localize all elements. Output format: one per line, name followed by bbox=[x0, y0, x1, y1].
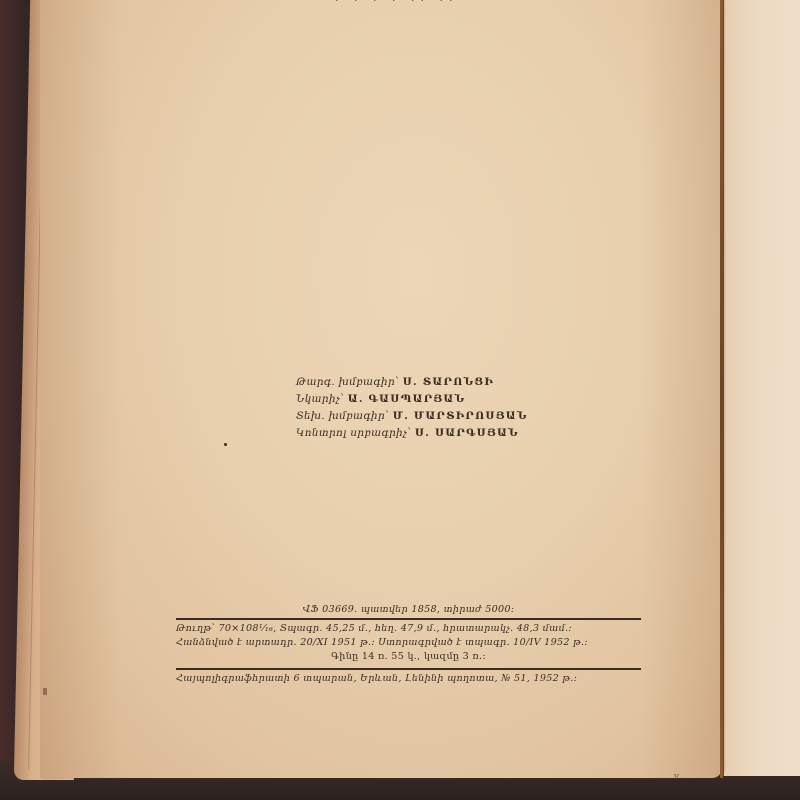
margin-mark bbox=[43, 688, 47, 695]
ink-dot bbox=[224, 443, 227, 446]
dates-line: Հանձնված է արտադր. 20/XI 1951 թ.: Ստորագ… bbox=[176, 636, 641, 650]
printer-line: Հայպոլիգրաֆհրատի 6 տպարան, Երևան, Լենինի… bbox=[176, 672, 641, 686]
credit-name: Ա. ԳԱՍՊԱՐՅԱՆ bbox=[348, 393, 466, 405]
credit-row: Թարգ. խմբագիր՝ Ս. ՏԱՐՈՆՑԻ bbox=[296, 374, 528, 391]
credit-name: Ս. ՏԱՐՈՆՑԻ bbox=[403, 376, 494, 388]
order-line: ՎՖ 03669. պատվեր 1858, տիրաժ 5000: bbox=[176, 603, 641, 617]
credits-block: Թարգ. խմբագիր՝ Ս. ՏԱՐՈՆՑԻ Նկարիչ՝ Ա. ԳԱՍ… bbox=[296, 374, 528, 442]
credit-role: Կոնտրոլ սրբագրիչ՝ bbox=[296, 427, 411, 439]
credit-role: Թարգ. խմբագիր՝ bbox=[296, 376, 399, 388]
divider-rule bbox=[176, 618, 641, 620]
top-cropped-text: · · · · ·· ·· bbox=[335, 0, 458, 7]
credit-row: Նկարիչ՝ Ա. ԳԱՍՊԱՐՅԱՆ bbox=[296, 391, 528, 408]
credit-name: Ս. ՍԱՐԳՍՅԱՆ bbox=[415, 427, 519, 439]
facing-page bbox=[722, 0, 800, 776]
credit-row: Կոնտրոլ սրբագրիչ՝ Ս. ՍԱՐԳՍՅԱՆ bbox=[296, 425, 528, 442]
format-line: Թուղթ՝ 70×108¹⁄₁₆, Տպագր. 45,25 մ., հեղ.… bbox=[176, 622, 641, 636]
credit-row: Տեխ. խմբագիր՝ Մ. ՄԱՐՏԻՐՈՍՅԱՆ bbox=[296, 408, 528, 425]
corner-mark: v bbox=[674, 772, 679, 782]
credit-role: Տեխ. խմբագիր՝ bbox=[296, 410, 389, 422]
book-gutter bbox=[720, 0, 723, 778]
credit-role: Նկարիչ՝ bbox=[296, 393, 344, 405]
imprint-block: ՎՖ 03669. պատվեր 1858, տիրաժ 5000: Թուղթ… bbox=[176, 603, 641, 686]
credit-name: Մ. ՄԱՐՏԻՐՈՍՅԱՆ bbox=[393, 410, 528, 422]
price-line: Գինը 14 ռ. 55 կ., կազմը 3 ռ.: bbox=[176, 650, 641, 664]
divider-rule bbox=[176, 668, 641, 670]
